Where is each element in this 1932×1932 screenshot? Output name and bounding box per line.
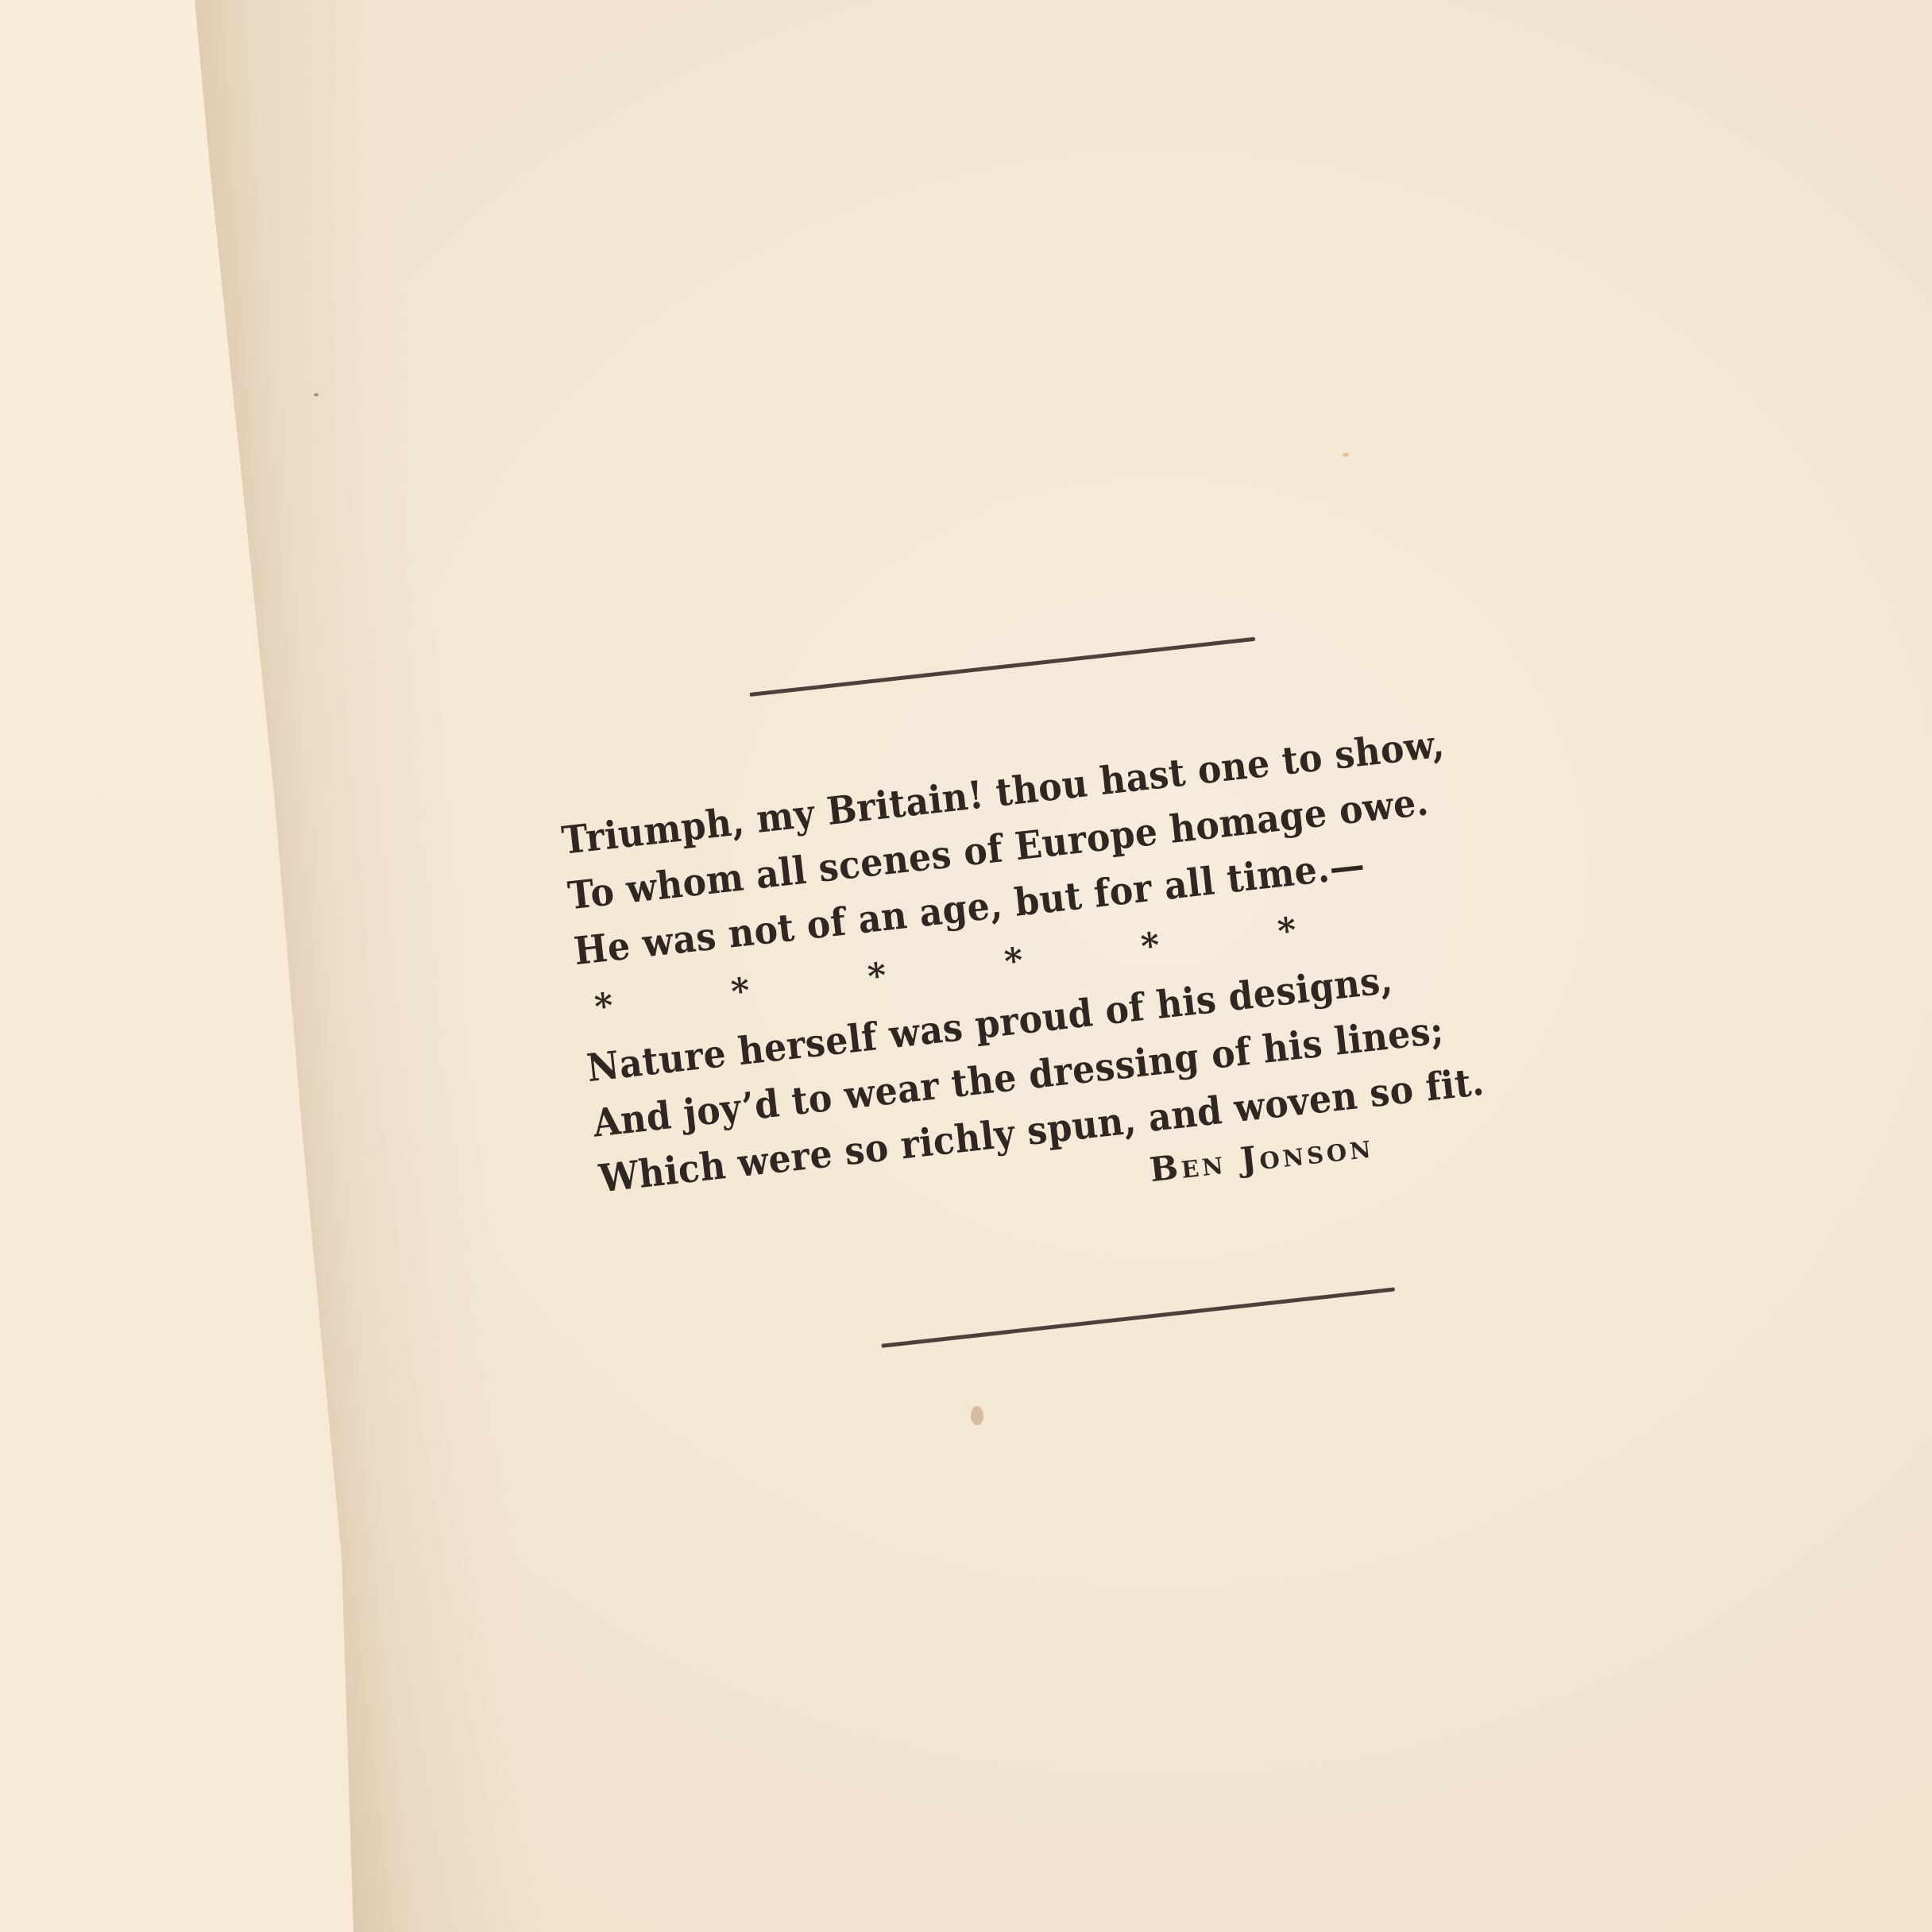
paper-fleck (1343, 453, 1349, 457)
star-icon: * (1138, 922, 1161, 971)
book-photo: Triumph, my Britain! thou hast one to sh… (0, 0, 1932, 1932)
foxing-spot (971, 1406, 983, 1425)
star-icon: * (729, 967, 752, 1016)
star-icon: * (1002, 937, 1025, 986)
paper-fleck (314, 393, 319, 396)
star-icon: * (1275, 906, 1298, 956)
star-icon: * (865, 952, 888, 1001)
star-icon: * (593, 982, 616, 1031)
epigraph-block: Triumph, my Britain! thou hast one to sh… (548, 589, 1766, 1377)
